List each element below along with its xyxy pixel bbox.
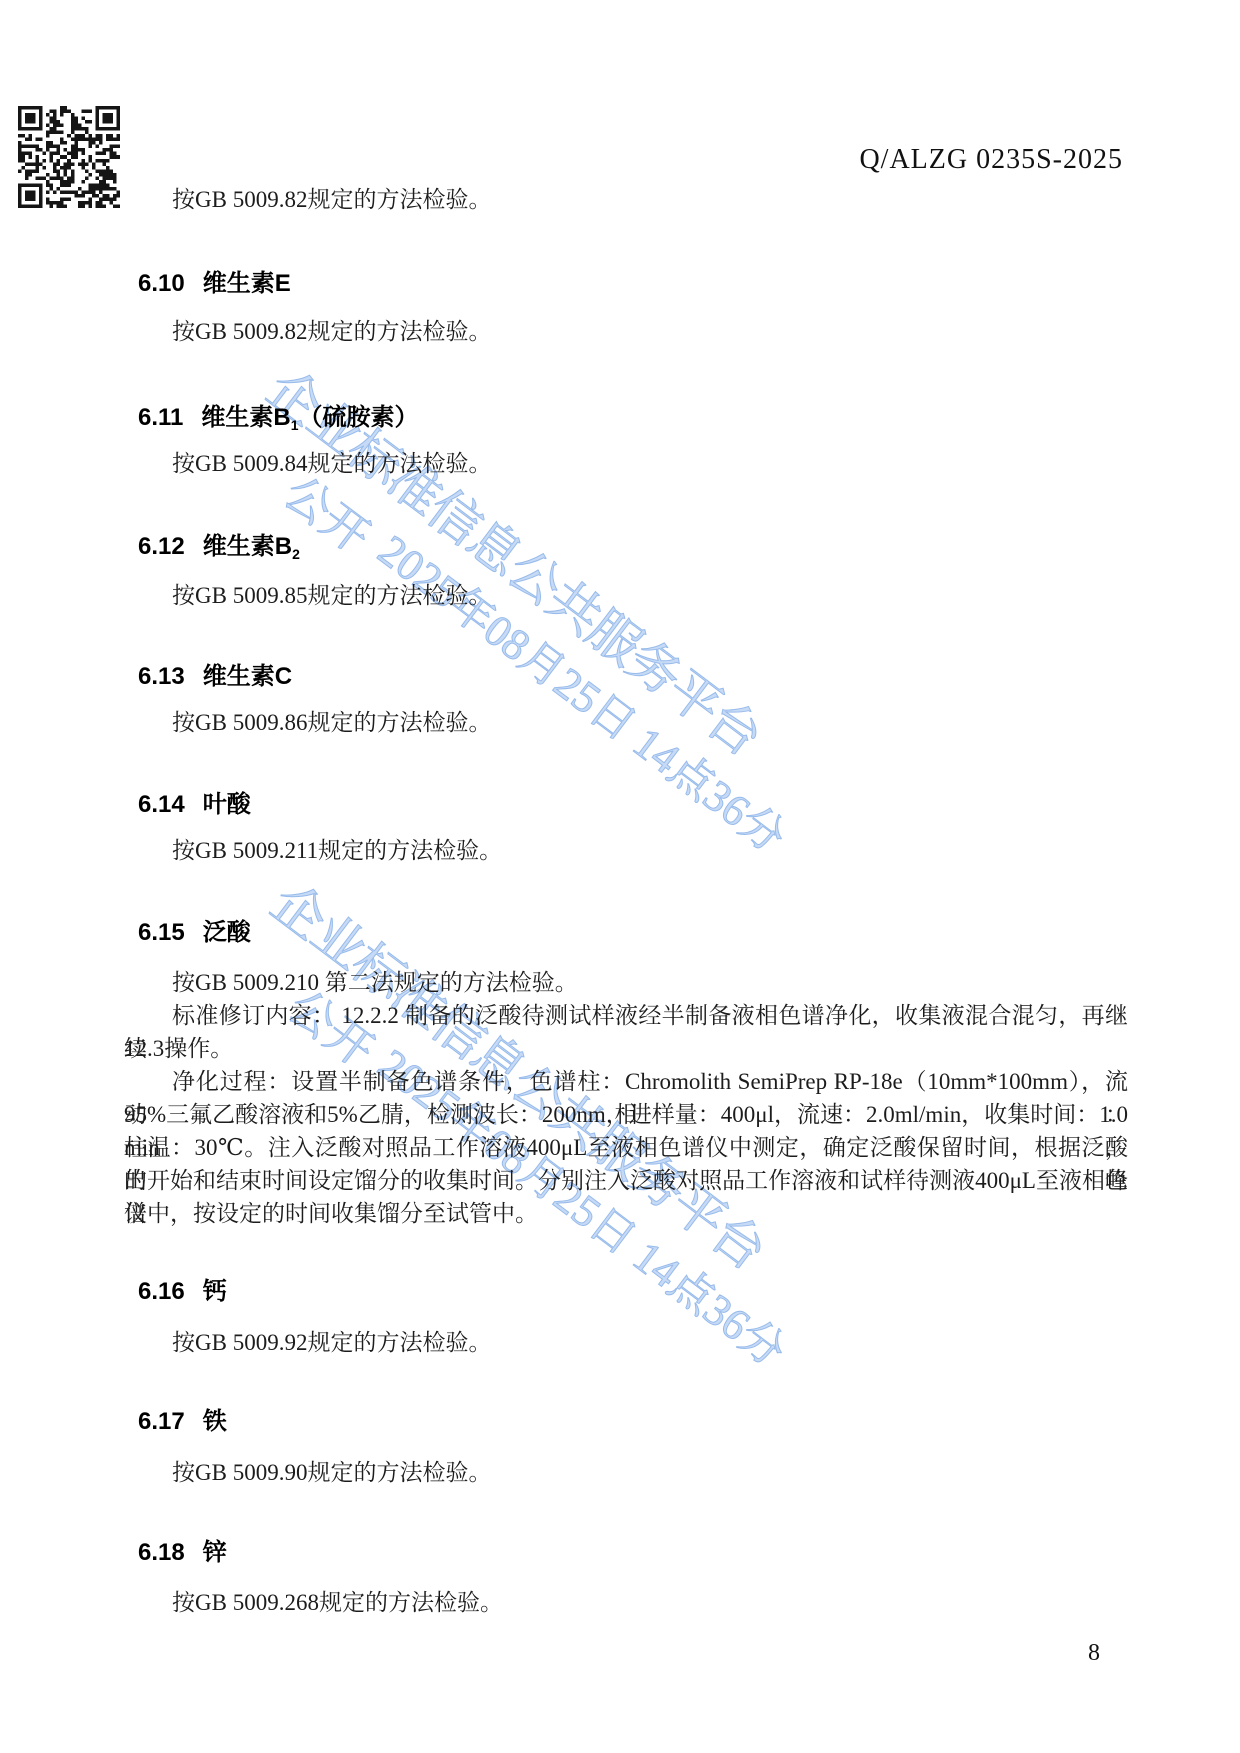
- section-title: 锌: [203, 1539, 227, 1574]
- section-title-text: 叶酸: [203, 791, 251, 818]
- section-title-text: 泛酸: [203, 919, 251, 946]
- section-number: 6.18: [138, 1539, 185, 1567]
- section-title-text: 锌: [203, 1539, 227, 1566]
- section-title: 维生素B2: [203, 533, 300, 568]
- section-title-subscript: 2: [292, 546, 300, 562]
- section-title-text: 维生素B: [201, 404, 290, 431]
- section-heading-6-16: 6.16 钙: [138, 1278, 227, 1313]
- section-number: 6.15: [138, 919, 185, 947]
- section-title-text: 钙: [203, 1278, 227, 1305]
- section-body-6-18: 按GB 5009.268规定的方法检验。: [124, 1588, 1128, 1618]
- section-heading-6-14: 6.14 叶酸: [138, 791, 251, 826]
- section-number: 6.11: [138, 404, 183, 432]
- document-code: Q/ALZG 0235S-2025: [859, 144, 1123, 176]
- body-line: 净化过程：设置半制备色谱条件，色谱柱：Chromolith SemiPrep R…: [124, 1065, 1128, 1098]
- section-heading-6-18: 6.18 锌: [138, 1539, 227, 1574]
- section-number: 6.12: [138, 533, 185, 561]
- intro-paragraph: 按GB 5009.82规定的方法检验。: [124, 185, 1128, 215]
- document-page: 企业标准信息公共服务平台 公开 2025年08月25日 14点36分 企业标准信…: [0, 0, 1240, 1753]
- section-body-6-12: 按GB 5009.85规定的方法检验。: [124, 581, 1128, 611]
- section-heading-6-10: 6.10 维生素E: [138, 270, 291, 305]
- section-title: 维生素C: [203, 663, 292, 698]
- section-heading-6-15: 6.15 泛酸: [138, 919, 251, 954]
- section-title: 维生素E: [203, 270, 291, 305]
- section-title: 铁: [203, 1408, 227, 1443]
- section-body-6-13: 按GB 5009.86规定的方法检验。: [124, 708, 1128, 738]
- section-number: 6.10: [138, 270, 185, 298]
- section-number: 6.17: [138, 1408, 185, 1436]
- section-title: 泛酸: [203, 919, 251, 954]
- section-body-6-16: 按GB 5009.92规定的方法检验。: [124, 1328, 1128, 1358]
- section-heading-6-11: 6.11 维生素B1（硫胺素）: [138, 404, 419, 439]
- body-line: 的开始和结束时间设定馏分的收集时间。分别注入泛酸对照品工作溶液和试样待测液400…: [124, 1164, 1128, 1197]
- section-title: 维生素B1（硫胺素）: [201, 404, 418, 439]
- section-title: 钙: [203, 1278, 227, 1313]
- section-body-6-11: 按GB 5009.84规定的方法检验。: [124, 449, 1128, 479]
- section-number: 6.13: [138, 663, 185, 691]
- section-heading-6-17: 6.17 铁: [138, 1408, 227, 1443]
- body-line: 仪中，按设定的时间收集馏分至试管中。: [124, 1197, 1128, 1230]
- section-body-6-14: 按GB 5009.211规定的方法检验。: [124, 836, 1128, 866]
- body-line: 12.3操作。: [124, 1032, 1128, 1065]
- section-title-text: 维生素E: [203, 270, 291, 297]
- body-line: 柱温：30℃。注入泛酸对照品工作溶液400μL至液相色谱仪中测定，确定泛酸保留时…: [124, 1131, 1128, 1164]
- body-line: 标准修订内容： 12.2.2 制备的泛酸待测试样液经半制备液相色谱净化，收集液混…: [124, 999, 1128, 1032]
- watermark-date-text: 2025年08月25日 14点36分: [367, 516, 801, 865]
- page-number: 8: [1088, 1640, 1100, 1667]
- body-line: 按GB 5009.210 第二法规定的方法检验。: [124, 966, 1128, 999]
- section-body-6-17: 按GB 5009.90规定的方法检验。: [124, 1458, 1128, 1488]
- section-title-suffix: （硫胺素）: [299, 404, 419, 431]
- section-title-text: 维生素B: [203, 533, 292, 560]
- section-number: 6.14: [138, 791, 185, 819]
- section-title-text: 铁: [203, 1408, 227, 1435]
- section-heading-6-13: 6.13 维生素C: [138, 663, 292, 698]
- section-body-6-15: 按GB 5009.210 第二法规定的方法检验。 标准修订内容： 12.2.2 …: [124, 966, 1128, 1230]
- section-title: 叶酸: [203, 791, 251, 826]
- body-line: 95%三氟乙酸溶液和5%乙腈，检测波长：200nm，进样量：400μl，流速：2…: [124, 1098, 1128, 1131]
- qr-code: [18, 106, 120, 208]
- section-heading-6-12: 6.12 维生素B2: [138, 533, 300, 568]
- section-title-text: 维生素C: [203, 663, 292, 690]
- section-body-6-10: 按GB 5009.82规定的方法检验。: [124, 317, 1128, 347]
- section-number: 6.16: [138, 1278, 185, 1306]
- section-title-subscript: 1: [291, 417, 299, 433]
